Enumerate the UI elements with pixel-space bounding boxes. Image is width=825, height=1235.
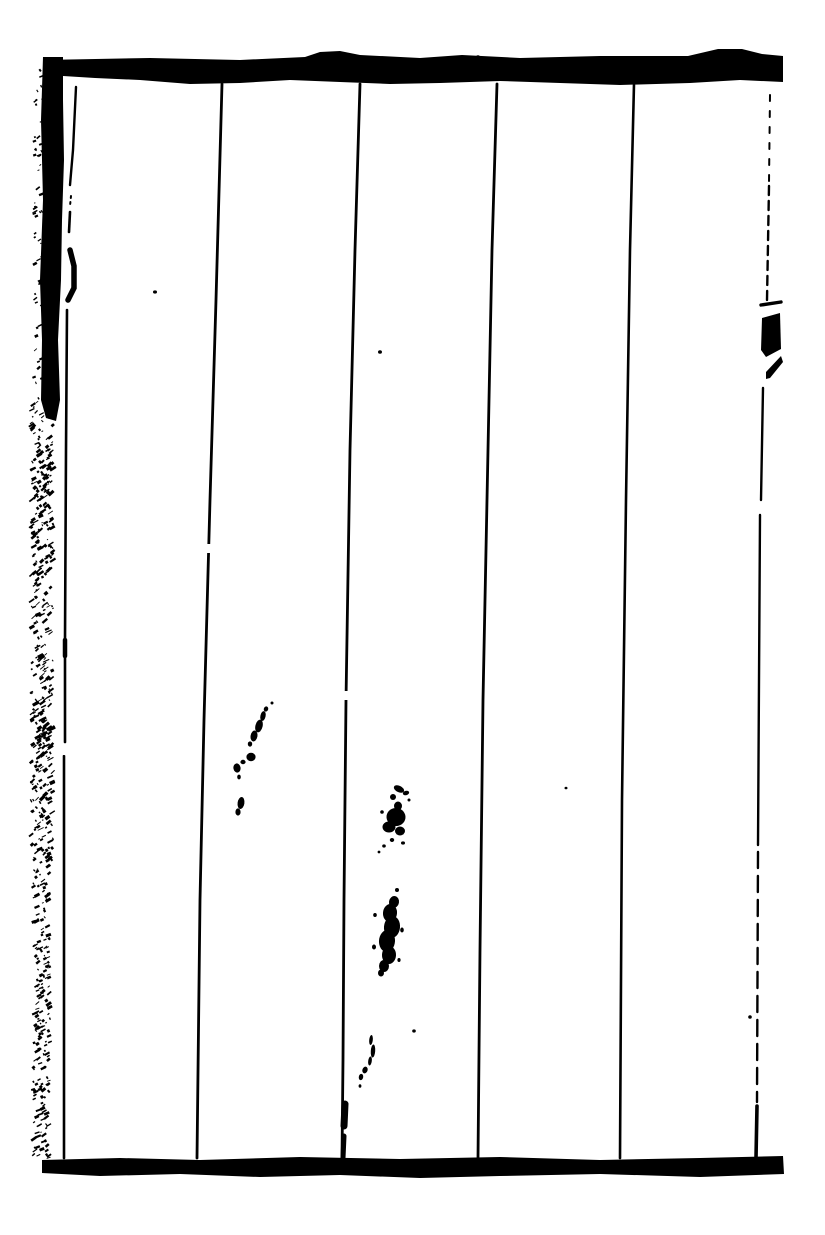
left-edge-noise-upper bbox=[34, 850, 39, 855]
left-edge-noise-upper bbox=[44, 644, 46, 646]
ink-smudge-center-upper bbox=[401, 841, 405, 844]
ink-smudge-left-column bbox=[233, 763, 242, 773]
ink-speck bbox=[378, 350, 382, 354]
left-outer-noise bbox=[32, 376, 36, 379]
fold-mark-slash bbox=[766, 356, 783, 379]
left-edge-noise-upper bbox=[46, 605, 50, 608]
line-break-gap bbox=[64, 744, 65, 755]
left-edge-noise-lower bbox=[47, 871, 51, 875]
left-edge-noise-upper bbox=[43, 609, 46, 612]
left-edge-noise-upper bbox=[47, 435, 53, 440]
left-edge-noise-lower bbox=[37, 940, 42, 944]
left-edge-noise-lower bbox=[45, 1143, 50, 1148]
ink-speck bbox=[271, 702, 274, 705]
column-line-1 bbox=[68, 250, 74, 300]
ink-smudge-left-column bbox=[237, 775, 241, 780]
left-edge-noise-upper bbox=[32, 416, 34, 418]
left-edge-noise-upper bbox=[42, 662, 46, 666]
ink-smudge-center-lower bbox=[361, 1066, 368, 1074]
left-edge-noise-lower bbox=[44, 999, 48, 1003]
left-edge-noise-upper bbox=[31, 809, 35, 813]
left-edge-noise-lower bbox=[35, 1145, 41, 1149]
left-edge-noise-upper bbox=[45, 848, 49, 852]
left-edge-noise-lower bbox=[43, 957, 47, 961]
ink-smudge-center-lower bbox=[359, 1084, 362, 1088]
left-edge-noise-upper bbox=[36, 480, 41, 485]
left-edge-noise-upper bbox=[30, 799, 33, 803]
left-edge-noise-lower bbox=[36, 1124, 41, 1128]
left-edge-noise-upper bbox=[47, 703, 52, 708]
page-scan-drawing bbox=[0, 0, 825, 1235]
left-edge-noise-upper bbox=[52, 523, 55, 526]
left-edge-noise-lower bbox=[37, 968, 39, 970]
left-edge-noise-upper bbox=[30, 661, 34, 665]
left-outer-noise bbox=[36, 366, 41, 370]
left-edge-noise-upper bbox=[47, 830, 52, 834]
ink-speck bbox=[565, 787, 568, 790]
left-edge-noise-lower bbox=[43, 962, 48, 965]
left-edge-noise-upper bbox=[39, 700, 46, 706]
ink-smudge-left-column bbox=[248, 741, 252, 746]
left-edge-noise-upper bbox=[49, 449, 53, 453]
left-edge-noise-upper bbox=[44, 670, 47, 673]
left-edge-noise-upper bbox=[37, 783, 39, 785]
left-edge-noise-upper bbox=[47, 611, 53, 616]
left-edge-noise-lower bbox=[49, 1017, 51, 1020]
left-edge-noise-lower bbox=[40, 918, 44, 922]
left-edge-noise-upper bbox=[36, 536, 39, 539]
column-line-5 bbox=[620, 84, 634, 1158]
left-edge-noise-lower bbox=[41, 931, 45, 934]
left-edge-noise-lower bbox=[35, 1008, 39, 1010]
left-edge-noise-upper bbox=[41, 524, 43, 526]
ink-smudge-center-upper bbox=[390, 794, 396, 800]
left-edge-noise-lower bbox=[41, 1132, 47, 1137]
left-edge-noise-upper bbox=[49, 480, 52, 483]
left-edge-noise-upper bbox=[42, 618, 48, 624]
left-edge-noise-lower bbox=[48, 1041, 52, 1044]
fold-line-right bbox=[758, 515, 760, 845]
left-edge-noise-upper bbox=[34, 764, 38, 768]
left-outer-noise bbox=[35, 381, 37, 384]
column-line-1 bbox=[69, 212, 70, 232]
border-left-bar bbox=[40, 57, 64, 421]
column-line-3 bbox=[342, 84, 360, 1158]
left-edge-noise-lower bbox=[36, 913, 40, 916]
ink-smudge-left-column bbox=[237, 797, 245, 810]
left-outer-noise bbox=[32, 262, 37, 266]
left-edge-noise-upper bbox=[34, 828, 37, 831]
left-edge-noise-upper bbox=[42, 602, 48, 607]
left-edge-noise-upper bbox=[33, 406, 35, 408]
left-edge-noise-lower bbox=[36, 1154, 40, 1157]
ink-smudge-center-upper bbox=[382, 844, 386, 847]
left-edge-noise-lower bbox=[34, 875, 38, 879]
ink-smudge-center-dense bbox=[395, 888, 399, 892]
left-edge-noise-upper bbox=[28, 833, 33, 838]
left-edge-noise-lower bbox=[38, 1062, 43, 1065]
left-edge-noise-upper bbox=[32, 783, 34, 785]
left-edge-noise-upper bbox=[47, 539, 49, 540]
left-edge-noise-upper bbox=[46, 524, 49, 527]
left-edge-noise-upper bbox=[35, 768, 39, 772]
scanned-book-page bbox=[0, 0, 825, 1235]
left-edge-noise-lower bbox=[35, 960, 40, 965]
fold-mark-blob bbox=[761, 313, 781, 357]
ink-smudge-left-column bbox=[246, 753, 255, 761]
left-outer-noise bbox=[40, 121, 42, 123]
left-edge-noise-upper bbox=[42, 742, 45, 745]
left-edge-noise-upper bbox=[42, 783, 46, 787]
left-edge-noise-upper bbox=[43, 521, 48, 525]
left-edge-noise-upper bbox=[41, 606, 44, 608]
left-edge-noise-upper bbox=[37, 821, 41, 825]
left-edge-noise-upper bbox=[36, 750, 40, 754]
left-edge-noise-lower bbox=[39, 1010, 43, 1014]
left-edge-noise-lower bbox=[37, 1112, 43, 1116]
left-edge-noise-lower bbox=[47, 1029, 51, 1033]
left-edge-noise-upper bbox=[40, 838, 44, 841]
left-edge-noise-upper bbox=[48, 846, 51, 849]
left-outer-noise bbox=[37, 360, 40, 363]
left-edge-noise-upper bbox=[47, 756, 50, 759]
left-edge-noise-upper bbox=[35, 602, 39, 606]
left-edge-noise-upper bbox=[30, 842, 35, 847]
left-edge-noise-lower bbox=[47, 1080, 51, 1082]
left-edge-noise-lower bbox=[45, 933, 51, 938]
left-edge-noise-lower bbox=[44, 1044, 48, 1047]
left-edge-noise-lower bbox=[36, 1108, 42, 1112]
left-edge-noise-lower bbox=[46, 956, 50, 958]
left-edge-noise-upper bbox=[36, 401, 39, 403]
left-edge-noise-lower bbox=[45, 1127, 48, 1130]
left-edge-noise-lower bbox=[32, 1153, 36, 1156]
left-outer-noise bbox=[34, 232, 37, 235]
ink-smudge-left-column bbox=[240, 760, 245, 764]
fold-line-right bbox=[761, 388, 763, 500]
ink-smudge-center-dense bbox=[373, 913, 377, 917]
left-edge-noise-lower bbox=[45, 1022, 47, 1024]
column-line-2 bbox=[197, 84, 222, 1158]
ink-smudge-center-upper bbox=[383, 822, 396, 833]
left-edge-noise-lower bbox=[39, 861, 42, 864]
left-edge-noise-upper bbox=[32, 701, 40, 707]
left-edge-noise-lower bbox=[36, 978, 39, 981]
left-edge-noise-upper bbox=[41, 430, 43, 432]
ink-speck bbox=[153, 290, 157, 293]
fold-line-right bbox=[769, 95, 770, 182]
ink-smudge-center-upper bbox=[378, 851, 381, 854]
left-edge-noise-lower bbox=[34, 1082, 38, 1086]
left-edge-noise-upper bbox=[45, 627, 50, 631]
left-edge-noise-upper bbox=[37, 636, 40, 639]
left-edge-noise-lower bbox=[37, 1078, 41, 1081]
left-outer-noise bbox=[39, 69, 42, 72]
left-edge-noise-lower bbox=[46, 1058, 51, 1062]
left-outer-noise bbox=[33, 154, 37, 157]
left-outer-noise bbox=[34, 348, 37, 351]
ink-smudge-center-dense bbox=[397, 958, 400, 962]
left-edge-noise-upper bbox=[48, 483, 49, 484]
left-outer-noise bbox=[36, 135, 40, 139]
left-edge-noise-upper bbox=[49, 810, 55, 815]
left-edge-noise-upper bbox=[41, 744, 46, 749]
left-outer-noise bbox=[35, 301, 38, 303]
left-edge-noise-upper bbox=[35, 789, 38, 792]
left-edge-noise-upper bbox=[38, 460, 42, 464]
left-edge-noise-lower bbox=[31, 885, 36, 889]
left-edge-noise-upper bbox=[40, 645, 44, 648]
left-edge-noise-lower bbox=[40, 1028, 46, 1032]
left-edge-noise-upper bbox=[49, 699, 51, 701]
left-outer-noise bbox=[36, 90, 38, 93]
ink-smudge-center-dense bbox=[378, 970, 384, 977]
left-outer-noise bbox=[36, 258, 41, 261]
fold-line-right bbox=[767, 186, 769, 300]
left-edge-noise-upper bbox=[41, 576, 44, 579]
left-edge-noise-lower bbox=[43, 939, 46, 941]
left-edge-noise-upper bbox=[37, 725, 43, 730]
left-edge-noise-upper bbox=[32, 774, 36, 778]
left-edge-noise-lower bbox=[34, 954, 38, 958]
left-edge-noise-lower bbox=[41, 879, 46, 883]
left-edge-noise-upper bbox=[47, 839, 53, 844]
left-edge-noise-lower bbox=[40, 1131, 42, 1132]
left-edge-noise-upper bbox=[33, 621, 37, 624]
left-edge-noise-upper bbox=[38, 428, 41, 431]
left-outer-noise bbox=[34, 334, 38, 338]
left-edge-noise-lower bbox=[42, 902, 44, 904]
left-edge-noise-upper bbox=[32, 799, 34, 802]
left-edge-noise-lower bbox=[41, 1140, 47, 1144]
left-edge-noise-lower bbox=[35, 1134, 41, 1138]
left-edge-noise-lower bbox=[44, 1149, 48, 1153]
left-edge-noise-lower bbox=[32, 1148, 37, 1152]
column-line-1 bbox=[70, 87, 76, 185]
left-edge-noise-upper bbox=[48, 688, 54, 693]
left-edge-noise-lower bbox=[45, 1041, 47, 1043]
left-edge-noise-lower bbox=[47, 961, 50, 964]
left-edge-noise-upper bbox=[51, 605, 53, 607]
left-edge-noise-upper bbox=[52, 660, 54, 662]
ink-speck bbox=[748, 1015, 752, 1019]
left-edge-noise-lower bbox=[43, 909, 46, 912]
left-edge-noise-upper bbox=[50, 846, 54, 850]
left-edge-noise-upper bbox=[49, 751, 52, 754]
left-edge-noise-lower bbox=[43, 1115, 49, 1120]
left-edge-noise-upper bbox=[39, 485, 42, 488]
left-edge-noise-upper bbox=[35, 722, 38, 725]
left-edge-noise-upper bbox=[35, 806, 38, 809]
left-edge-noise-upper bbox=[31, 544, 37, 549]
left-outer-noise bbox=[34, 136, 36, 138]
ink-smudge-center-lower bbox=[368, 1056, 373, 1065]
left-edge-noise-upper bbox=[29, 408, 35, 412]
left-edge-noise-upper bbox=[52, 607, 54, 609]
left-edge-noise-lower bbox=[42, 886, 46, 890]
left-edge-noise-upper bbox=[41, 705, 46, 709]
left-edge-noise-lower bbox=[37, 1018, 40, 1020]
left-edge-noise-lower bbox=[38, 979, 42, 982]
ink-smudge-center-upper bbox=[390, 838, 394, 842]
left-edge-noise-upper bbox=[31, 668, 33, 670]
left-edge-noise-upper bbox=[39, 412, 44, 415]
left-edge-noise-upper bbox=[41, 522, 43, 524]
left-edge-noise-upper bbox=[37, 527, 43, 533]
left-edge-noise-lower bbox=[47, 985, 50, 987]
left-edge-noise-upper bbox=[35, 513, 38, 515]
left-edge-noise-upper bbox=[29, 624, 35, 629]
left-edge-noise-upper bbox=[42, 598, 45, 602]
left-outer-noise bbox=[39, 164, 41, 166]
left-edge-noise-lower bbox=[32, 1080, 34, 1083]
left-edge-noise-upper bbox=[33, 843, 37, 847]
ink-smudge-center-lower bbox=[358, 1073, 363, 1080]
left-edge-noise-lower bbox=[40, 1066, 46, 1070]
left-edge-noise-upper bbox=[38, 435, 41, 438]
ink-speck bbox=[476, 55, 480, 59]
left-edge-noise-upper bbox=[42, 819, 44, 821]
left-edge-noise-lower bbox=[44, 1050, 46, 1052]
ink-speck bbox=[412, 1029, 416, 1032]
left-edge-noise-lower bbox=[47, 973, 51, 975]
fold-line-right bbox=[756, 1106, 757, 1158]
left-edge-noise-lower bbox=[44, 916, 46, 918]
left-edge-noise-upper bbox=[47, 784, 50, 786]
left-edge-noise-upper bbox=[35, 797, 39, 801]
left-outer-noise bbox=[32, 140, 36, 143]
fold-line-right bbox=[757, 852, 758, 1102]
left-edge-noise-upper bbox=[50, 823, 53, 826]
left-edge-noise-upper bbox=[45, 560, 49, 564]
left-outer-noise bbox=[34, 293, 36, 295]
left-edge-noise-upper bbox=[50, 668, 54, 672]
column-line-3 bbox=[343, 1136, 344, 1158]
ink-smudge-center-dense bbox=[400, 928, 404, 933]
fold-line-right bbox=[761, 302, 781, 305]
ink-smudge-center-lower bbox=[370, 1044, 375, 1057]
left-edge-noise-upper bbox=[34, 410, 38, 414]
left-edge-noise-upper bbox=[48, 511, 53, 515]
left-edge-noise-lower bbox=[36, 957, 39, 960]
ink-smudge-center-lower bbox=[369, 1035, 374, 1045]
left-outer-noise bbox=[40, 85, 42, 88]
left-edge-noise-upper bbox=[35, 819, 37, 821]
left-edge-noise-upper bbox=[38, 779, 42, 783]
left-edge-noise-upper bbox=[46, 755, 48, 757]
left-outer-noise bbox=[33, 236, 36, 239]
left-edge-noise-upper bbox=[44, 815, 50, 821]
left-edge-noise-upper bbox=[39, 786, 42, 789]
left-edge-noise-lower bbox=[33, 1041, 36, 1044]
ink-smudge-center-upper bbox=[380, 810, 384, 814]
left-edge-noise-lower bbox=[35, 1001, 39, 1005]
left-edge-noise-upper bbox=[36, 489, 40, 493]
left-edge-noise-lower bbox=[41, 1019, 45, 1023]
left-edge-noise-lower bbox=[39, 874, 41, 876]
left-edge-noise-upper bbox=[37, 397, 39, 400]
left-edge-noise-upper bbox=[39, 504, 43, 508]
left-edge-noise-upper bbox=[41, 415, 45, 418]
left-edge-noise-lower bbox=[34, 1131, 39, 1134]
left-edge-noise-upper bbox=[36, 470, 39, 473]
left-edge-noise-lower bbox=[33, 869, 36, 872]
left-edge-noise-upper bbox=[33, 714, 40, 718]
left-edge-noise-upper bbox=[49, 684, 52, 687]
left-edge-noise-upper bbox=[41, 420, 44, 423]
left-edge-noise-lower bbox=[46, 951, 50, 954]
left-edge-noise-upper bbox=[29, 598, 35, 603]
left-edge-noise-upper bbox=[47, 801, 52, 805]
left-edge-noise-lower bbox=[40, 1023, 42, 1025]
left-edge-noise-lower bbox=[44, 955, 46, 957]
left-outer-noise bbox=[35, 103, 38, 106]
left-edge-noise-upper bbox=[39, 676, 44, 681]
ink-smudge-center-dense bbox=[372, 945, 376, 950]
left-edge-noise-lower bbox=[41, 983, 44, 985]
left-edge-noise-lower bbox=[42, 890, 45, 893]
left-outer-noise bbox=[37, 239, 41, 242]
left-edge-noise-lower bbox=[33, 1121, 36, 1123]
left-edge-noise-upper bbox=[32, 857, 36, 861]
column-line-1 bbox=[70, 196, 71, 206]
left-edge-noise-lower bbox=[37, 885, 40, 888]
left-edge-noise-lower bbox=[34, 905, 40, 909]
left-edge-noise-lower bbox=[47, 1013, 50, 1015]
left-edge-noise-upper bbox=[51, 441, 53, 443]
left-edge-noise-lower bbox=[39, 1147, 45, 1151]
column-line-4 bbox=[478, 84, 497, 1158]
left-edge-noise-upper bbox=[45, 444, 50, 449]
left-edge-noise-upper bbox=[35, 761, 38, 764]
left-edge-noise-lower bbox=[40, 934, 43, 937]
left-edge-noise-lower bbox=[46, 1076, 49, 1079]
left-edge-noise-upper bbox=[29, 498, 34, 502]
left-outer-noise bbox=[40, 243, 41, 244]
left-edge-noise-upper bbox=[33, 673, 38, 677]
left-edge-noise-lower bbox=[47, 1034, 52, 1038]
left-edge-noise-lower bbox=[32, 882, 34, 884]
left-edge-noise-upper bbox=[50, 790, 55, 794]
column-line-1 bbox=[65, 310, 67, 742]
left-edge-noise-lower bbox=[47, 1055, 50, 1058]
ink-smudge-left-column bbox=[235, 808, 240, 815]
left-edge-noise-lower bbox=[41, 986, 44, 989]
ink-smudge-center-upper bbox=[408, 799, 411, 802]
left-edge-noise-upper bbox=[47, 775, 53, 779]
border-bottom-bar bbox=[42, 1156, 784, 1178]
left-edge-noise-upper bbox=[42, 835, 47, 838]
left-outer-noise bbox=[33, 297, 37, 301]
left-edge-noise-upper bbox=[36, 506, 40, 510]
left-edge-noise-upper bbox=[48, 763, 53, 768]
left-edge-noise-lower bbox=[43, 969, 47, 973]
left-outer-noise bbox=[34, 202, 36, 203]
column-line-3 bbox=[344, 1104, 345, 1126]
left-outer-noise bbox=[37, 169, 39, 171]
left-edge-noise-lower bbox=[41, 928, 44, 931]
left-edge-noise-upper bbox=[48, 585, 52, 589]
left-edge-noise-upper bbox=[38, 746, 42, 749]
left-edge-noise-upper bbox=[39, 811, 41, 813]
left-edge-noise-upper bbox=[49, 475, 51, 477]
left-edge-noise-upper bbox=[35, 657, 37, 659]
left-edge-noise-lower bbox=[45, 924, 51, 928]
left-edge-noise-upper bbox=[33, 432, 36, 434]
left-edge-noise-upper bbox=[40, 635, 43, 638]
left-edge-noise-upper bbox=[44, 653, 47, 656]
left-outer-noise bbox=[34, 214, 38, 217]
